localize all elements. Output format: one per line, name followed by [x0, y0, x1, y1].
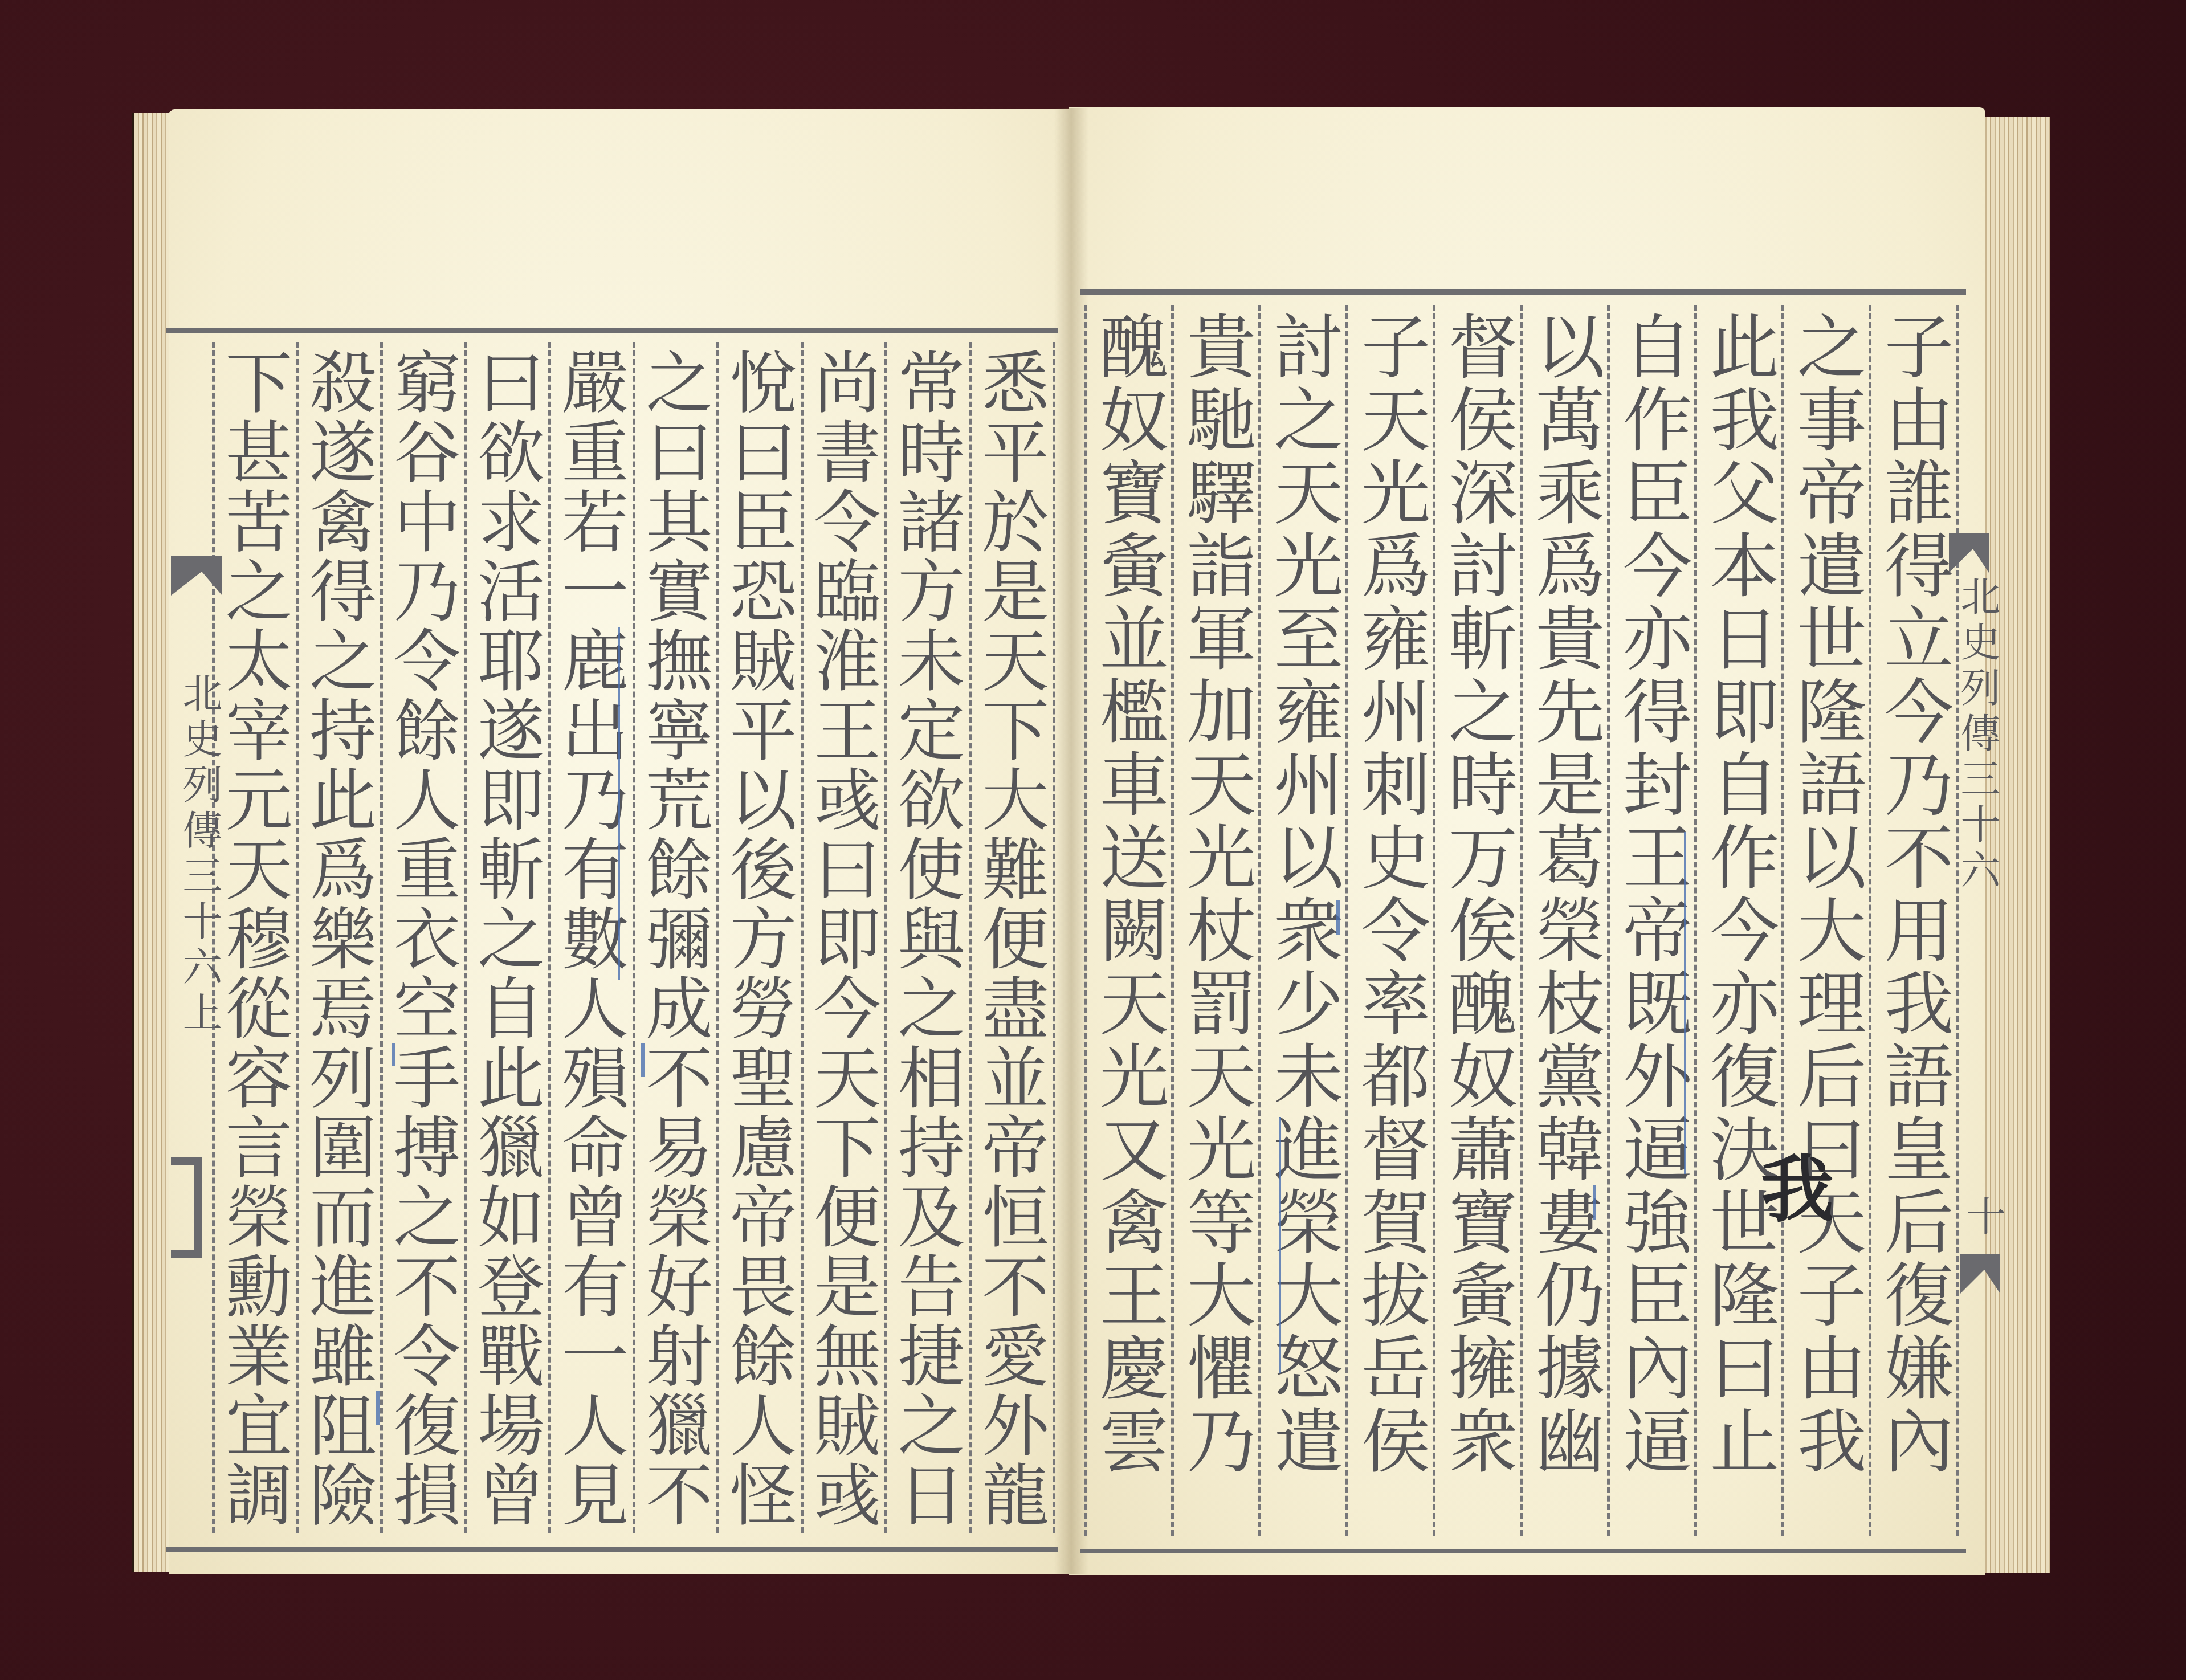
blue-pencil-mark [641, 1043, 645, 1077]
right-page-text-columns: 子由誰得立今乃不用我語皇后復嫌內妃嬪甚有妬恨 之事帝遣世隆語以大理后曰天子由我家… [1084, 305, 1959, 1536]
text-column: 督侯深討斬之時万俟醜奴蕭寶夤擁衆豳涇榮遣其從 [1433, 305, 1520, 1536]
blue-pencil-mark [392, 1043, 395, 1066]
text-column: 討之天光至雍州以衆少未進榮大怒遣其騎兵參軍劉 [1258, 305, 1345, 1536]
text-column: 以萬乘爲貴先是葛榮枝黨韓婁仍據幽平二州榮遣都 [1520, 305, 1607, 1536]
text-column: 子由誰得立今乃不用我語皇后復嫌內妃嬪甚有妬恨 [1869, 305, 1959, 1536]
text-column: 窮谷中乃令餘人重衣空手搏之不令復損於是數人被 [380, 342, 464, 1533]
text-column: 自作臣今亦得封王帝既外逼強臣內逼皇后怏怏不 [1607, 305, 1694, 1536]
blue-pencil-mark [618, 627, 620, 980]
text-column: 曰欲求活耶遂即斬之自此獵如登戰場曾見一猛獸在 [464, 342, 549, 1533]
left-margin-title: 北史列傳三十六上 [171, 672, 229, 1117]
text-column: 子天光爲雍州刺史令率都督賀拔岳侯莫陳悅等入關 [1345, 305, 1433, 1536]
text-column: 此我父本日即自作今亦復決世隆曰止自不爲若本 [1694, 305, 1781, 1536]
bracket-ornament-icon [171, 1157, 202, 1258]
text-column: 殺遂禽得之持此爲樂焉列圍而進雖阻險不得迴避其 [296, 342, 381, 1533]
text-column: 醜奴寶夤並檻車送闕天光又禽王慶雲万俟道樂關中 [1084, 305, 1171, 1536]
page-number: 十 [1966, 1185, 2006, 1243]
blue-pencil-mark [1684, 832, 1686, 1174]
handwritten-annotation: 我 [1761, 1131, 1834, 1236]
text-column: 貴馳驛詣軍加天光杖罰天光等大懼乃進討連破之禽 [1171, 305, 1258, 1536]
text-column: 之曰其實撫寧荒餘彌成不易榮好射獵不捨寒暑法禁 [633, 342, 717, 1533]
blue-pencil-mark [1279, 1117, 1281, 1373]
text-column: 之事帝遣世隆語以大理后曰天子由我家置立今便如 [1781, 305, 1869, 1536]
blue-pencil-mark [376, 1391, 380, 1425]
text-column: 常時諸方未定欲使與之相持及告捷之日乃不甚喜謂 [884, 342, 969, 1533]
text-column: 悅曰臣恐賊平以後方勞聖慮帝畏餘人怪還以他語解 [716, 342, 801, 1533]
blue-pencil-mark [1593, 1185, 1596, 1220]
text-column: 悉平於是天下大難便盡並帝恒不愛外龍以跡於榮遊 [969, 342, 1056, 1533]
book-spread: 悉平於是天下大難便盡並帝恒不愛外龍以跡於榮遊 常時諸方未定欲使與之相持及告捷之日… [0, 0, 2186, 1680]
left-page-text-columns: 悉平於是天下大難便盡並帝恒不愛外龍以跡於榮遊 常時諸方未定欲使與之相持及告捷之日… [212, 342, 1055, 1533]
blue-pencil-mark [1336, 900, 1340, 935]
right-margin-title: 北史列傳三十六 [1949, 576, 2006, 918]
text-column: 尚書令臨淮王彧曰即今天下便是無賊彧見帝色不 [801, 342, 885, 1533]
